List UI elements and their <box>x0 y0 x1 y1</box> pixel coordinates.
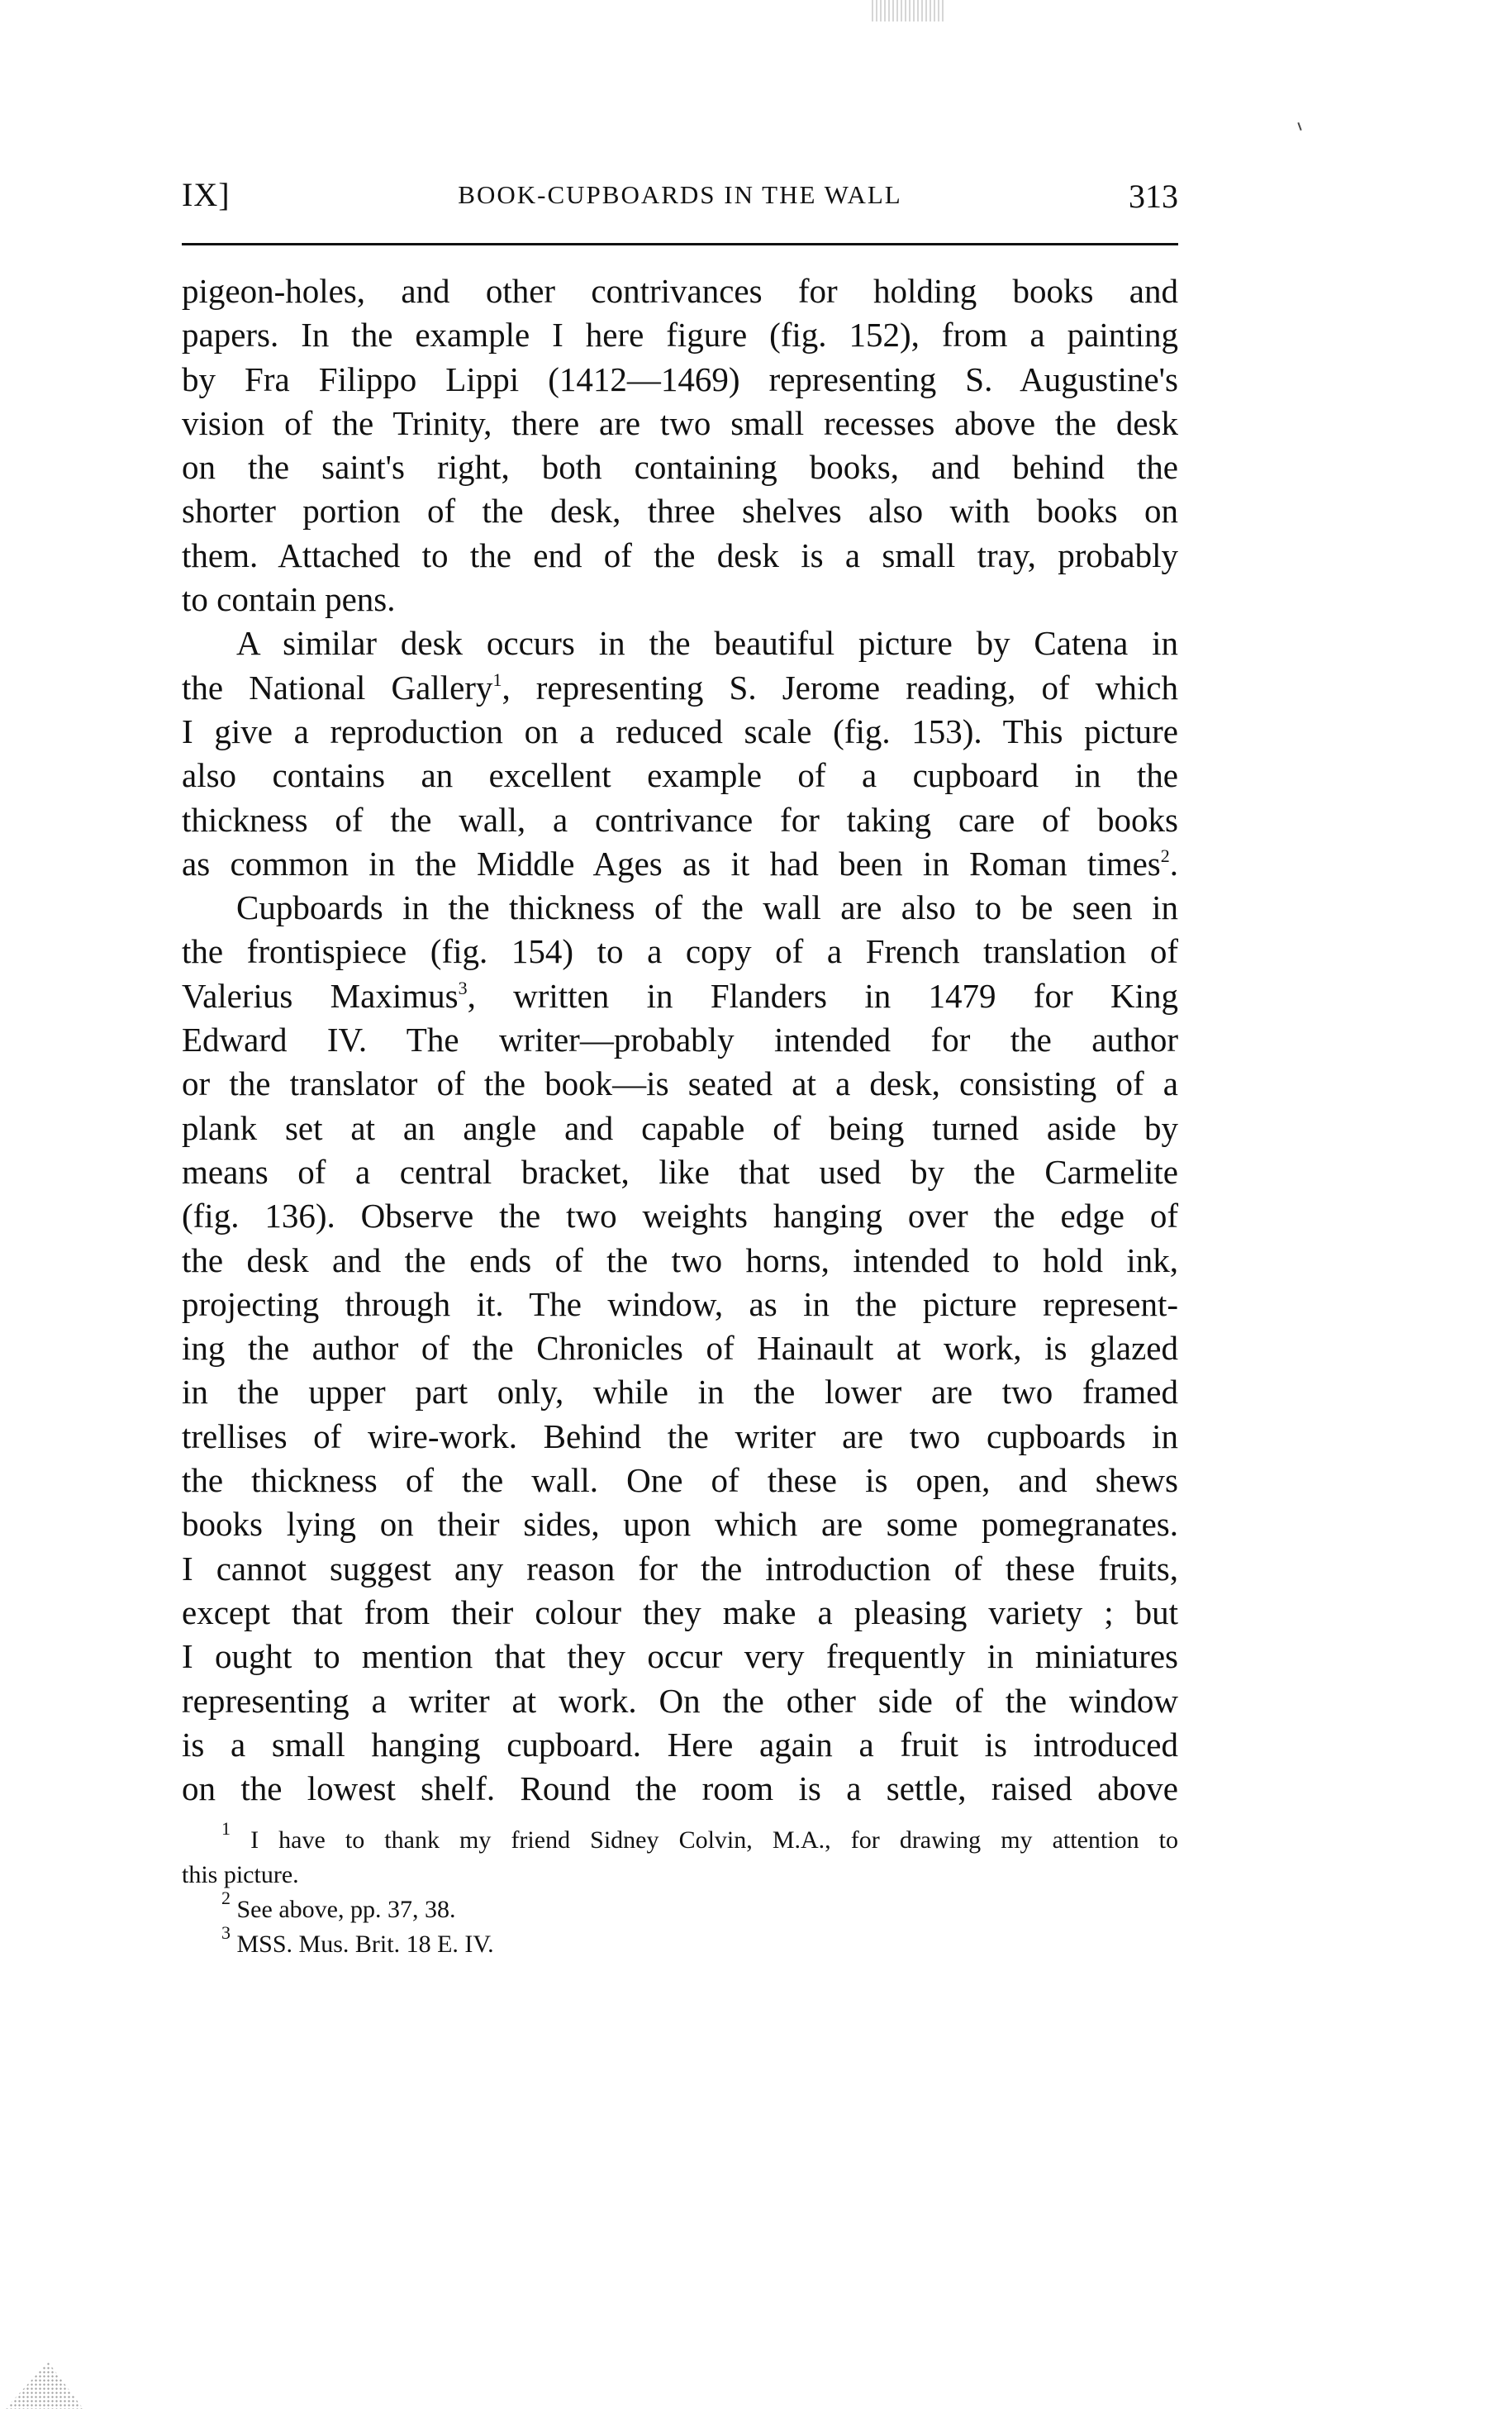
text-line: books lying on their sides, upon which a… <box>182 1502 1178 1546</box>
text-line: shorter portion of the desk, three shelv… <box>182 489 1178 533</box>
text-line: the thickness of the wall. One of these … <box>182 1459 1178 1502</box>
text-line: in the upper part only, while in the low… <box>182 1370 1178 1414</box>
text-line: means of a central bracket, like that us… <box>182 1150 1178 1194</box>
text-line: I ought to mention that they occur very … <box>182 1635 1178 1678</box>
footnote-2: 2 See above, pp. 37, 38. <box>182 1892 1178 1927</box>
footnote-mark: 1 <box>221 1818 231 1839</box>
footnote-ref: 1 <box>492 669 502 690</box>
text-line: trellises of wire-work. Behind the write… <box>182 1415 1178 1459</box>
running-title: BOOK-CUPBOARDS IN THE WALL <box>182 180 1178 210</box>
text-line: Edward IV. The writer—probably intended … <box>182 1018 1178 1062</box>
footnotes: 1 I have to thank my friend Sidney Colvi… <box>182 1823 1178 1962</box>
text-line: them. Attached to the end of the desk is… <box>182 534 1178 578</box>
text-line: Valerius Maximus3, written in Flanders i… <box>182 974 1178 1018</box>
scan-artifact-corner <box>5 2362 83 2409</box>
header-rule <box>182 243 1178 245</box>
text-line: I give a reproduction on a reduced scale… <box>182 710 1178 754</box>
scan-smudge-top <box>872 0 946 21</box>
text-line: on the saint's right, both containing bo… <box>182 445 1178 489</box>
text-line: the desk and the ends of the two horns, … <box>182 1239 1178 1283</box>
page-number: 313 <box>1129 177 1178 216</box>
text-line: by Fra Filippo Lippi (1412—1469) represe… <box>182 358 1178 402</box>
text-line: on the lowest shelf. Round the room is a… <box>182 1767 1178 1811</box>
text-line: as common in the Middle Ages as it had b… <box>182 842 1178 886</box>
text-line: ing the author of the Chronicles of Hain… <box>182 1326 1178 1370</box>
footnote-1-cont: this picture. <box>182 1858 1178 1892</box>
text-line: or the translator of the book—is seated … <box>182 1062 1178 1106</box>
text-line: (fig. 136). Observe the two weights hang… <box>182 1194 1178 1238</box>
text-line: vision of the Trinity, there are two sma… <box>182 402 1178 445</box>
text-line: projecting through it. The window, as in… <box>182 1283 1178 1326</box>
footnote-mark: 3 <box>221 1922 231 1943</box>
running-head: IX] BOOK-CUPBOARDS IN THE WALL 313 <box>182 175 1178 225</box>
text-line: thickness of the wall, a contrivance for… <box>182 798 1178 842</box>
text-line: plank set at an angle and capable of bei… <box>182 1107 1178 1150</box>
footnote-mark: 2 <box>221 1888 231 1908</box>
footnote-ref: 3 <box>459 978 468 998</box>
text-line: the frontispiece (fig. 154) to a copy of… <box>182 930 1178 974</box>
text-line: pigeon-holes, and other contrivances for… <box>182 269 1178 313</box>
footnote-ref: 2 <box>1161 845 1170 866</box>
text-line: A similar desk occurs in the beautiful p… <box>182 621 1178 665</box>
footnote-1: 1 I have to thank my friend Sidney Colvi… <box>182 1823 1178 1858</box>
text-line: except that from their colour they make … <box>182 1591 1178 1635</box>
text-line: also contains an excellent example of a … <box>182 754 1178 797</box>
text-line: the National Gallery1, representing S. J… <box>182 666 1178 710</box>
text-line: is a small hanging cupboard. Here again … <box>182 1723 1178 1767</box>
text-line: representing a writer at work. On the ot… <box>182 1679 1178 1723</box>
text-line: Cupboards in the thickness of the wall a… <box>182 886 1178 930</box>
footnote-3: 3 MSS. Mus. Brit. 18 E. IV. <box>182 1927 1178 1962</box>
text-line: I cannot suggest any reason for the intr… <box>182 1547 1178 1591</box>
scan-mark <box>1297 122 1301 131</box>
body-text: pigeon-holes, and other contrivances for… <box>182 269 1178 1811</box>
text-line: papers. In the example I here figure (fi… <box>182 313 1178 357</box>
text-line: to contain pens. <box>182 578 1178 621</box>
